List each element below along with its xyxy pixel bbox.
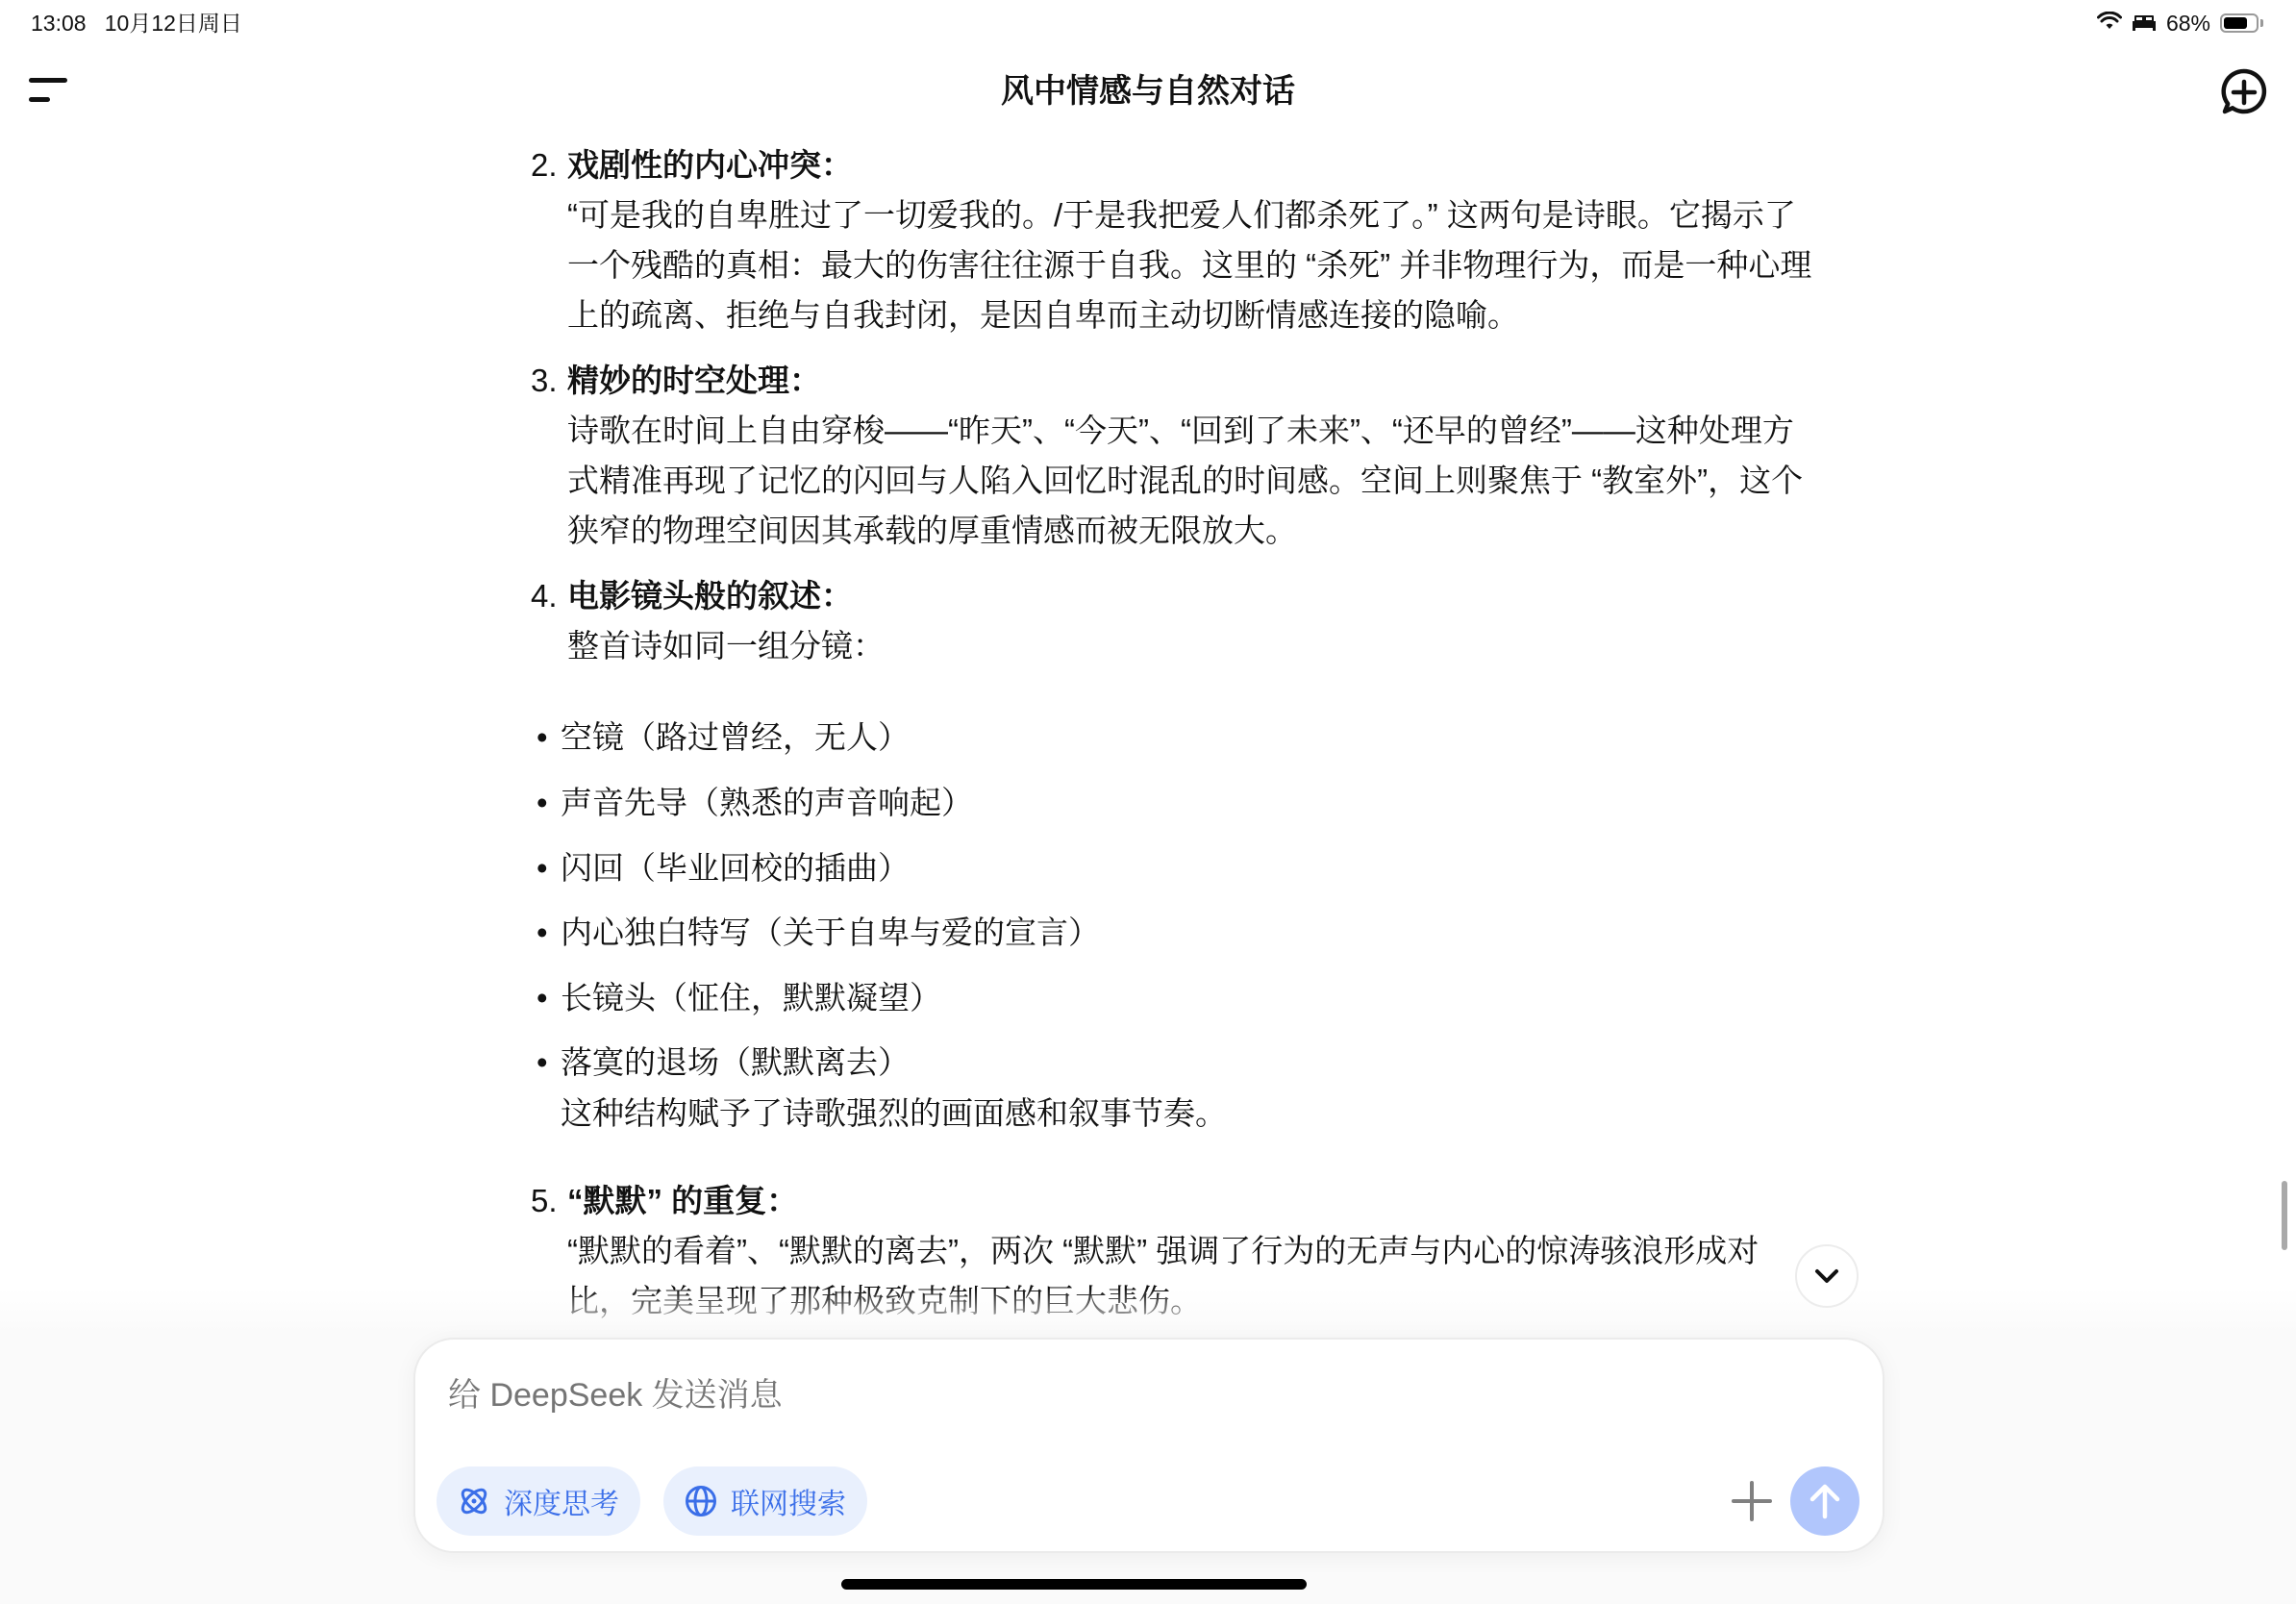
- paragraph-line: “默默的看着”、“默默的离去”，两次 “默默” 强调了行为的无声与内心的惊涛骇浪…: [567, 1228, 1759, 1274]
- new-chat-icon: [2217, 65, 2271, 119]
- bullet-item: 闪回（毕业回校的插曲）: [561, 845, 910, 891]
- arrow-up-icon: [1809, 1482, 1841, 1520]
- bullet-dot: •: [537, 845, 548, 891]
- bullet-item: 落寞的退场（默默离去）: [561, 1040, 910, 1086]
- deep-think-label: 深度思考: [504, 1480, 619, 1522]
- bullet-item: 长镜头（怔住，默默凝望）: [561, 975, 941, 1021]
- bullet-dot: •: [537, 1040, 548, 1086]
- bullet-dot: •: [537, 910, 548, 956]
- section-heading: 电影镜头般的叙述：: [567, 573, 853, 619]
- send-button[interactable]: [1790, 1466, 1859, 1536]
- bullet-dot: •: [537, 780, 548, 826]
- section-number: 5.: [531, 1178, 558, 1224]
- plus-icon: [1731, 1480, 1773, 1522]
- battery-icon: [2220, 13, 2259, 33]
- section-number: 2.: [531, 142, 558, 188]
- status-bar-indicators: 68%: [2097, 8, 2263, 38]
- battery-percent: 68%: [2166, 8, 2210, 38]
- paragraph-line: 式精准再现了记忆的闪回与人陷入回忆时混乱的时间感。空间上则聚焦于 “教室外”，这…: [567, 458, 1803, 504]
- battery-nub: [2260, 19, 2263, 27]
- conversation-title: 风中情感与自然对话: [0, 69, 2296, 113]
- deep-think-atom-icon: [458, 1485, 490, 1517]
- paragraph-line: 一个残酷的真相：最大的伤害往往源于自我。这里的 “杀死” 并非物理行为，而是一种…: [567, 242, 1811, 288]
- paragraph-line: 诗歌在时间上自由穿梭——“昨天”、“今天”、“回到了未来”、“还早的曾经”——这…: [567, 408, 1794, 454]
- web-search-toggle[interactable]: 联网搜索: [663, 1466, 867, 1536]
- bullet-item: 空镜（路过曾经，无人）: [561, 714, 910, 761]
- status-date: 10月12日周日: [105, 11, 242, 36]
- bullet-item: 内心独白特写（关于自卑与爱的宣言）: [561, 910, 1100, 956]
- paragraph-line: 整首诗如同一组分镜：: [567, 623, 885, 669]
- globe-icon: [685, 1485, 717, 1517]
- section-number: 3.: [531, 358, 558, 404]
- chevron-down-icon: [1813, 1267, 1840, 1285]
- section-heading: 精妙的时空处理：: [567, 358, 821, 404]
- section-heading: “默默” 的重复：: [567, 1178, 798, 1224]
- bullet-item: 声音先导（熟悉的声音响起）: [561, 780, 973, 826]
- bullet-dot: •: [537, 975, 548, 1021]
- section-heading: 戏剧性的内心冲突：: [567, 142, 853, 188]
- new-chat-button[interactable]: [2217, 65, 2271, 119]
- bullet-summary: 这种结构赋予了诗歌强烈的画面感和叙事节奏。: [561, 1090, 1227, 1137]
- paragraph-line: 狭窄的物理空间因其承载的厚重情感而被无限放大。: [567, 508, 1297, 554]
- deep-think-toggle[interactable]: 深度思考: [437, 1466, 640, 1536]
- scrollbar[interactable]: [2282, 1181, 2287, 1250]
- web-search-label: 联网搜索: [731, 1480, 846, 1522]
- message-composer: 深度思考 联网搜索: [413, 1338, 1884, 1553]
- home-indicator[interactable]: [841, 1579, 1307, 1590]
- status-time: 13:08: [31, 11, 87, 36]
- status-bar-time-date: 13:08 10月12日周日: [31, 8, 242, 38]
- attach-button[interactable]: [1721, 1470, 1783, 1532]
- message-input[interactable]: [448, 1372, 1602, 1418]
- sleep-focus-icon: [2132, 8, 2157, 38]
- wifi-icon: [2097, 8, 2122, 38]
- bullet-dot: •: [537, 714, 548, 761]
- section-number: 4.: [531, 573, 558, 619]
- paragraph-line: “可是我的自卑胜过了一切爱我的。/于是我把爱人们都杀死了。” 这两句是诗眼。它揭…: [567, 192, 1796, 238]
- paragraph-line: 上的疏离、拒绝与自我封闭，是因自卑而主动切断情感连接的隐喻。: [567, 292, 1519, 338]
- scroll-to-bottom-button[interactable]: [1795, 1244, 1859, 1308]
